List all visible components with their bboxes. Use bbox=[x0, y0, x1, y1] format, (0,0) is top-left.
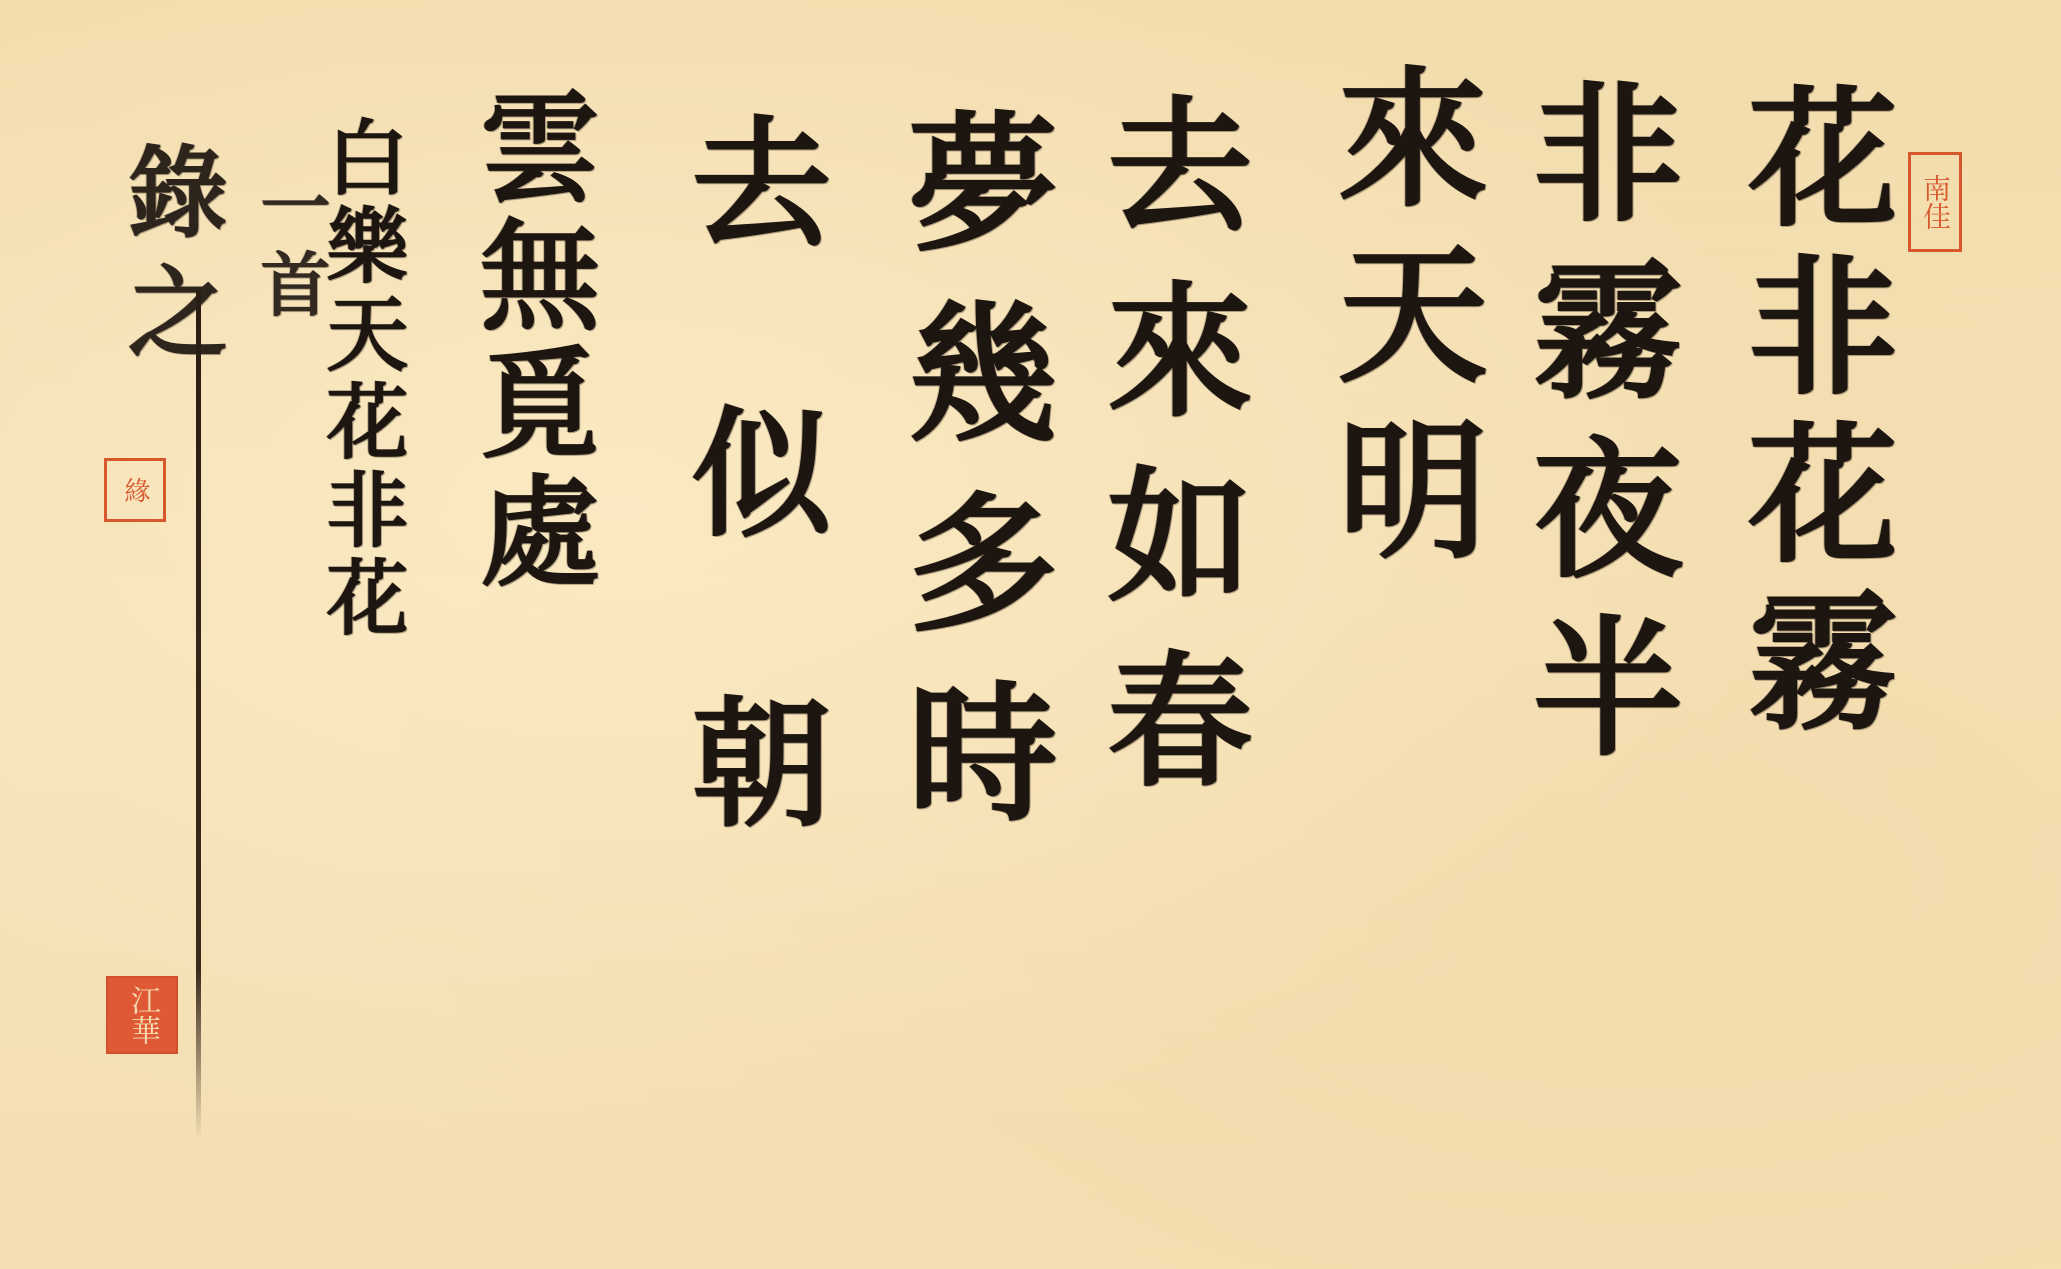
poem-column-2: 非霧夜半 bbox=[1520, 75, 1670, 787]
signature-long-stroke bbox=[196, 290, 201, 1140]
poem-column-1: 花非花霧 bbox=[1735, 80, 1885, 752]
poem-column-4: 去來如春 bbox=[1095, 90, 1240, 830]
poem-column-5: 夢幾多時 bbox=[895, 105, 1045, 865]
inscription-column: 白樂天花非花 bbox=[320, 115, 402, 643]
seal-text: 江華 bbox=[127, 985, 157, 1045]
poem-column-3: 來天明 bbox=[1325, 60, 1475, 588]
signature-column: 錄之 bbox=[120, 140, 220, 380]
calligraphy-paper: 花非花霧 非霧夜半 來天明 去來如春 夢幾多時 去似朝 雲無覓處 白樂天花非花 … bbox=[0, 0, 2061, 1269]
seal-left-bottom: 江華 bbox=[106, 976, 178, 1054]
inscription-column-2: 一首 bbox=[255, 170, 325, 326]
seal-text: 緣 bbox=[122, 477, 148, 503]
seal-left-middle: 緣 bbox=[104, 458, 166, 522]
seal-top-right: 南佳 bbox=[1908, 152, 1962, 252]
poem-column-7: 雲無覓處 bbox=[470, 85, 590, 597]
poem-column-6: 去似朝 bbox=[680, 110, 820, 980]
seal-text: 南佳 bbox=[1921, 174, 1949, 230]
